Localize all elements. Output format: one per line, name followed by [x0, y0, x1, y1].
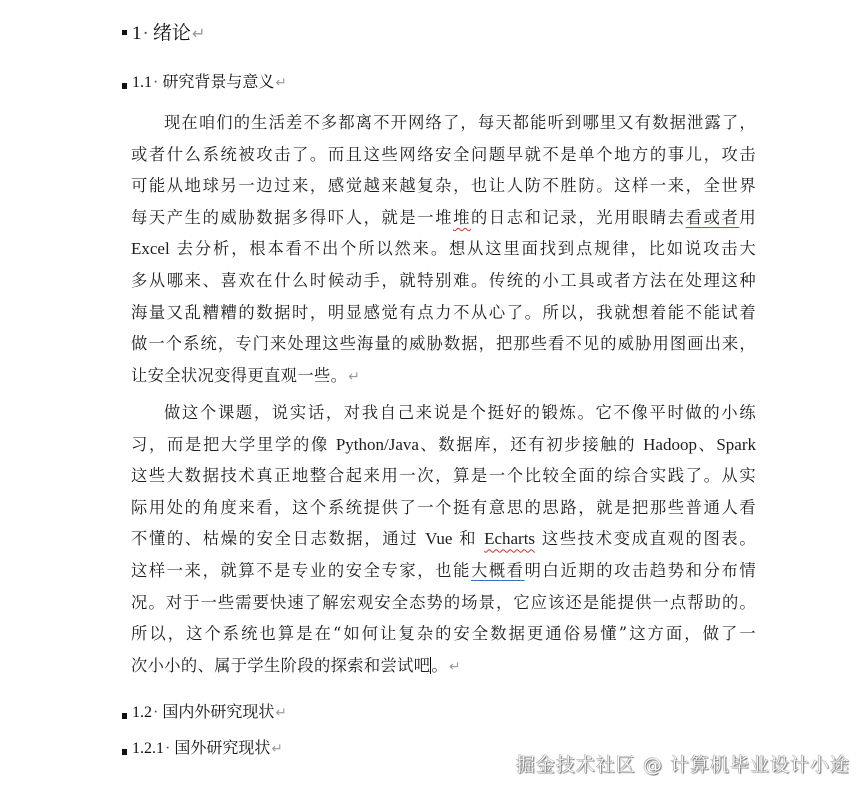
text-run: 、 [697, 435, 716, 454]
text-line: 次小小的、属于学生阶段的探索和尝试吧。↵ [131, 650, 756, 682]
text-line: Excel 去分析，根本看不出个所以然来。想从这里面找到点规律，比如说攻击大 [131, 233, 756, 265]
space-mark: · [143, 23, 149, 44]
paragraph-mark-icon: ↵ [449, 659, 461, 675]
text-line: 所以，这个系统也算是在“如何让复杂的安全数据更通俗易懂”这方面，做了一 [131, 618, 756, 650]
text-run: 明白近期的攻击趋势和分布情 [525, 561, 756, 580]
spelling-error-word[interactable]: 堆 [453, 208, 471, 227]
text-run: 习，而是把大学里学的像 [131, 435, 336, 454]
paragraph-mark-icon: ↵ [275, 705, 286, 721]
heading-1-1[interactable]: 1.1·研究背景与意义↵ [122, 69, 287, 92]
text-run: 每天产生的威胁数据多得吓人，就是一堆 [131, 208, 453, 227]
grammar-suggestion-word[interactable]: 大概看 [471, 561, 525, 580]
heading-title: 国外研究现状 [174, 738, 270, 757]
list-bullet-marker [122, 83, 127, 89]
text-line: 这样一来，就算不是专业的安全专家，也能大概看明白近期的攻击趋势和分布情 [131, 555, 756, 587]
text-line: 际用处的角度来看，这个系统提供了一个挺有意思的思路，就是把那些普通人看 [131, 492, 756, 524]
watermark: 掘金技术社区 @ 计算机毕业设计小途 [516, 750, 850, 777]
text-run: 这些技术变成直观的图表。 [535, 529, 756, 548]
heading-number: 1.2 [132, 704, 152, 721]
text-line: 做这个课题，说实话，对我自己来说是个挺好的锻炼。它不像平时做的小练 [131, 397, 756, 429]
text-line: 这些大数据技术真正地整合起来用一次，算是一个比较全面的综合实践了。从实 [131, 460, 756, 492]
text-run: 次小小的、属于学生阶段的探索和尝试吧 [131, 656, 430, 675]
paragraph-mark-icon: ↵ [271, 741, 282, 757]
space-mark: · [165, 740, 170, 757]
text-line: 可能从地球另一边过来，感觉越来越复杂，也让人防不胜防。这样一来，全世界 [131, 170, 756, 202]
text-run: 的日志和记录，光用眼睛去 [471, 208, 686, 227]
heading-1[interactable]: 1·绪论↵ [122, 18, 205, 45]
heading-number: 1.1 [132, 74, 152, 91]
document-page[interactable]: 1·绪论↵ 1.1·研究背景与意义↵ 现在咱们的生活差不多都离不开网络了，每天都… [0, 0, 868, 796]
text-run: 和 [452, 529, 484, 548]
text-line: 况。对于一些需要快速了解宏观安全态势的场景，它应该还是能提供一点帮助的。 [131, 587, 756, 619]
heading-title: 绪论 [153, 22, 191, 44]
text-run: 让安全状况变得更直观一些。 [131, 366, 347, 385]
text-run: 这样一来，就算不是专业的安全专家，也能 [131, 561, 471, 580]
heading-number: 1 [132, 23, 142, 44]
text-run: 用 [739, 208, 756, 227]
paragraph-background[interactable]: 现在咱们的生活差不多都离不开网络了，每天都能听到哪里又有数据泄露了， 或者什么系… [131, 107, 756, 391]
heading-1-2[interactable]: 1.2·国内外研究现状↵ [122, 699, 287, 722]
text-line: 现在咱们的生活差不多都离不开网络了，每天都能听到哪里又有数据泄露了， [131, 107, 756, 139]
text-run: Spark [716, 435, 756, 454]
paragraph-significance[interactable]: 做这个课题，说实话，对我自己来说是个挺好的锻炼。它不像平时做的小练 习，而是把大… [131, 397, 756, 681]
text-run: 、数据库，还有初步接触的 [419, 435, 643, 454]
heading-1-2-1[interactable]: 1.2.1·国外研究现状↵ [122, 735, 283, 758]
text-run: Python/Java [336, 435, 419, 454]
space-mark: · [153, 74, 158, 91]
list-bullet-marker [122, 30, 127, 35]
text-run: Hadoop [643, 435, 697, 454]
heading-title: 研究背景与意义 [162, 72, 274, 91]
text-run: 去分析，根本看不出个所以然来。想从这里面找到点规律，比如说攻击大 [170, 239, 756, 258]
list-bullet-marker [122, 713, 127, 719]
space-mark: · [153, 704, 158, 721]
list-bullet-marker [122, 749, 127, 755]
paragraph-mark-icon: ↵ [348, 369, 360, 385]
text-line: 多从哪来、喜欢在什么时候动手，就特别难。传统的小工具或者方法在处理这种 [131, 265, 756, 297]
text-line: 或者什么系统被攻击了。而且这些网络安全问题早就不是单个地方的事儿，攻击 [131, 139, 756, 171]
text-run: Vue [425, 529, 452, 548]
paragraph-mark-icon: ↵ [275, 75, 286, 91]
text-line: 每天产生的威胁数据多得吓人，就是一堆堆的日志和记录，光用眼睛去看或者用 [131, 202, 756, 234]
paragraph-mark-icon: ↵ [192, 24, 206, 43]
spelling-error-word[interactable]: Echarts [484, 529, 535, 548]
grammar-suggestion-word[interactable]: 看或者 [686, 208, 740, 227]
text-run: 不懂的、枯燥的安全日志数据，通过 [131, 529, 425, 548]
heading-number: 1.2.1 [132, 740, 164, 757]
text-line: 海量又乱糟糟的数据时，明显感觉有点力不从心了。所以，我就想着能不能试着 [131, 297, 756, 329]
text-run: Excel [131, 239, 170, 258]
text-line: 让安全状况变得更直观一些。↵ [131, 360, 756, 392]
text-line: 不懂的、枯燥的安全日志数据，通过 Vue 和 Echarts 这些技术变成直观的… [131, 523, 756, 555]
text-line: 习，而是把大学里学的像 Python/Java、数据库，还有初步接触的 Hado… [131, 429, 756, 461]
heading-title: 国内外研究现状 [162, 702, 274, 721]
text-line: 做一个系统，专门来处理这些海量的威胁数据，把那些看不见的威胁用图画出来， [131, 328, 756, 360]
text-run: 。 [431, 656, 448, 675]
